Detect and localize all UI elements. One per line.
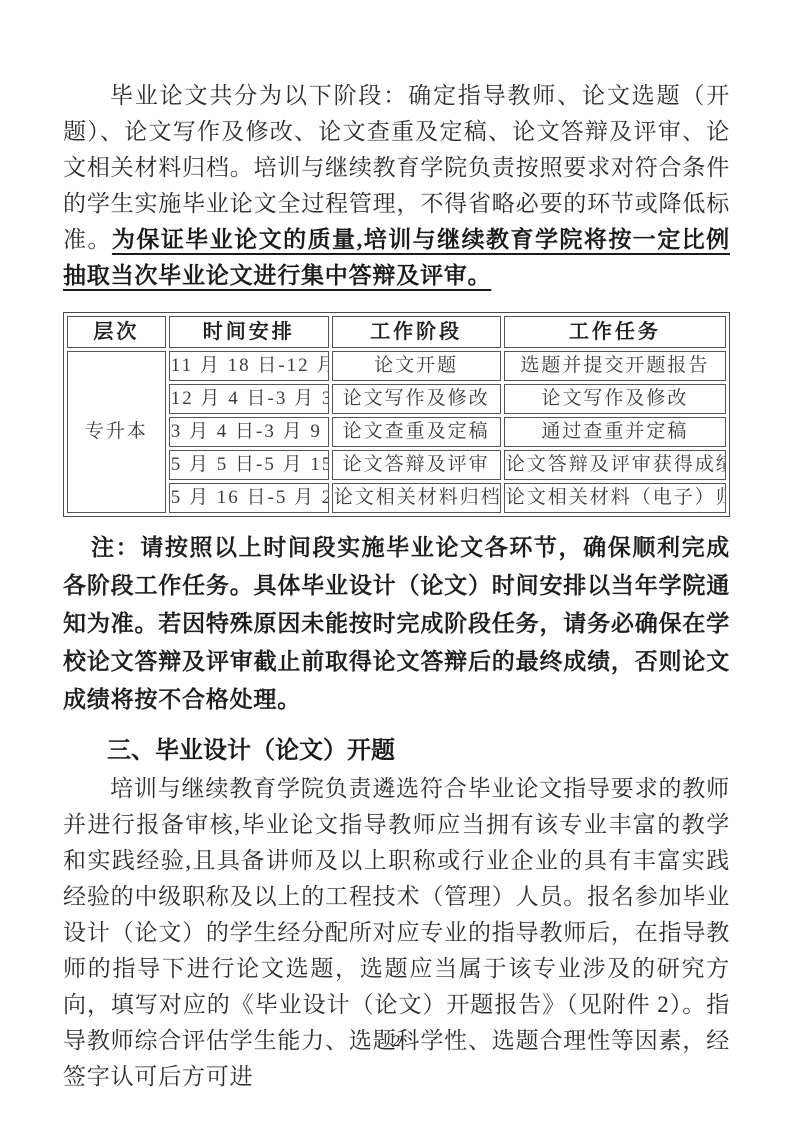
schedule-table: 层次 时间安排 工作阶段 工作任务 专升本 11 月 18 日-12 月 3 日… — [63, 312, 730, 517]
table-header-row: 层次 时间安排 工作阶段 工作任务 — [67, 316, 726, 348]
col-header-stage: 工作阶段 — [332, 316, 501, 348]
table-row: 5 月 5 日-5 月 15 日 论文答辩及评审 论文答辩及评审获得成绩 — [67, 450, 726, 480]
document-page: 毕业论文共分为以下阶段：确定指导教师、论文选题（开题）、论文写作及修改、论文查重… — [0, 0, 793, 1122]
note-paragraph: 注：请按照以上时间段实施毕业论文各环节，确保顺利完成各阶段工作任务。具体毕业设计… — [63, 529, 730, 719]
time-cell: 11 月 18 日-12 月 3 日 — [169, 351, 329, 381]
col-header-task: 工作任务 — [504, 316, 726, 348]
section-heading: 三、毕业设计（论文）开题 — [63, 733, 730, 769]
page-number: 2 — [0, 1033, 793, 1051]
time-cell: 3 月 4 日-3 月 9 日 — [169, 417, 329, 447]
task-cell: 论文答辩及评审获得成绩 — [504, 450, 726, 480]
stage-cell: 论文写作及修改 — [332, 384, 501, 414]
col-header-level: 层次 — [67, 316, 166, 348]
task-cell: 通过查重并定稿 — [504, 417, 726, 447]
stage-cell: 论文查重及定稿 — [332, 417, 501, 447]
stage-cell: 论文开题 — [332, 351, 501, 381]
time-cell: 12 月 4 日-3 月 3 日 — [169, 384, 329, 414]
table-row: 专升本 11 月 18 日-12 月 3 日 论文开题 选题并提交开题报告 — [67, 351, 726, 381]
time-cell: 5 月 5 日-5 月 15 日 — [169, 450, 329, 480]
table-row: 5 月 16 日-5 月 20 日 论文相关材料归档 论文相关材料（电子）归档 — [67, 483, 726, 513]
level-cell: 专升本 — [67, 351, 166, 513]
table-row: 3 月 4 日-3 月 9 日 论文查重及定稿 通过查重并定稿 — [67, 417, 726, 447]
intro-paragraph-emphasized-text: 为保证毕业论文的质量,培训与继续教育学院将按一定比例抽取当次毕业论文进行集中答辩… — [63, 227, 730, 288]
stage-cell: 论文答辩及评审 — [332, 450, 501, 480]
task-cell: 论文写作及修改 — [504, 384, 726, 414]
time-cell: 5 月 16 日-5 月 20 日 — [169, 483, 329, 513]
task-cell: 论文相关材料（电子）归档 — [504, 483, 726, 513]
intro-paragraph: 毕业论文共分为以下阶段：确定指导教师、论文选题（开题）、论文写作及修改、论文查重… — [63, 78, 730, 294]
col-header-time: 时间安排 — [169, 316, 329, 348]
task-cell: 选题并提交开题报告 — [504, 351, 726, 381]
table-row: 12 月 4 日-3 月 3 日 论文写作及修改 论文写作及修改 — [67, 384, 726, 414]
stage-cell: 论文相关材料归档 — [332, 483, 501, 513]
